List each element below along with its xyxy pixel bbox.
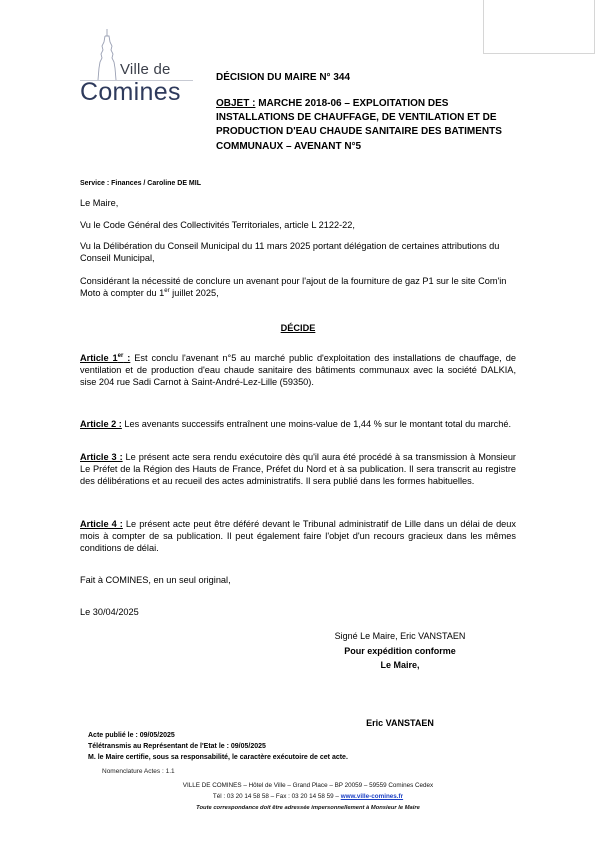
- signatory-name: Eric VANSTAEN: [280, 717, 520, 730]
- considerant-text-end: juillet 2025,: [170, 288, 219, 298]
- article-4-label: Article 4 :: [80, 519, 123, 529]
- article-2-text: Les avenants successifs entraînent une m…: [122, 419, 511, 429]
- objet-label: OBJET :: [216, 98, 255, 109]
- logo-comines: Comines: [80, 78, 181, 107]
- le-maire-line: Le Maire,: [80, 197, 516, 209]
- certifie: M. le Maire certifie, sous sa responsabi…: [88, 753, 348, 763]
- considerant-paragraph: Considérant la nécessité de conclure un …: [80, 275, 516, 299]
- article-4: Article 4 : Le présent acte peut être dé…: [80, 518, 516, 554]
- signe-line: Signé Le Maire, Eric VANSTAEN: [280, 630, 520, 643]
- article-4-text: Le présent acte peut être déféré devant …: [80, 519, 516, 553]
- service-line: Service : Finances / Caroline DE MIL: [80, 180, 201, 187]
- fait-a-line: Fait à COMINES, en un seul original,: [80, 574, 516, 586]
- footer-address: VILLE DE COMINES – Hôtel de Ville – Gran…: [120, 781, 496, 792]
- ville-de-comines-logo: Ville de Comines: [80, 28, 195, 108]
- article-1-label: Article 1er :: [80, 353, 130, 363]
- stamp-box: [483, 0, 595, 54]
- objet-block: OBJET : MARCHE 2018-06 – EXPLOITATION DE…: [216, 97, 516, 154]
- considerant-text: Considérant la nécessité de conclure un …: [80, 276, 506, 298]
- teletransmis: Télétransmis au Représentant de l'Etat l…: [88, 742, 266, 752]
- article-2: Article 2 : Les avenants successifs entr…: [80, 418, 516, 430]
- signature-le-maire: Le Maire,: [280, 659, 520, 672]
- footer-notice: Toute correspondance doit être adressée …: [120, 803, 496, 814]
- church-spire-icon: [92, 28, 122, 82]
- article-3-text: Le présent acte sera rendu exécutoire dè…: [80, 452, 516, 486]
- website-link[interactable]: www.ville-comines.fr: [341, 793, 403, 800]
- objet-text: MARCHE 2018-06 – EXPLOITATION DES INSTAL…: [216, 98, 502, 152]
- footer-contact-text: Tél : 03 20 14 58 58 – Fax : 03 20 14 58…: [213, 793, 341, 800]
- nomenclature: Nomenclature Actes : 1.1: [102, 768, 175, 775]
- vu-code-line: Vu le Code Général des Collectivités Ter…: [80, 219, 516, 231]
- decision-title: DÉCISION DU MAIRE N° 344: [216, 72, 350, 83]
- pour-expedition-line: Pour expédition conforme: [280, 645, 520, 658]
- article-1: Article 1er : Est conclu l'avenant n°5 a…: [80, 352, 516, 388]
- footer-contact: Tél : 03 20 14 58 58 – Fax : 03 20 14 58…: [120, 792, 496, 803]
- article-2-label: Article 2 :: [80, 419, 122, 429]
- article-3: Article 3 : Le présent acte sera rendu e…: [80, 451, 516, 487]
- date-line: Le 30/04/2025: [80, 606, 516, 618]
- acte-publie: Acte publié le : 09/05/2025: [88, 731, 175, 741]
- logo-ville-de: Ville de: [120, 61, 171, 78]
- decide-heading: DÉCIDE: [80, 323, 516, 333]
- article-3-label: Article 3 :: [80, 452, 123, 462]
- vu-deliberation-paragraph: Vu la Délibération du Conseil Municipal …: [80, 240, 516, 264]
- article-1-text: Est conclu l'avenant n°5 au marché publi…: [80, 353, 516, 387]
